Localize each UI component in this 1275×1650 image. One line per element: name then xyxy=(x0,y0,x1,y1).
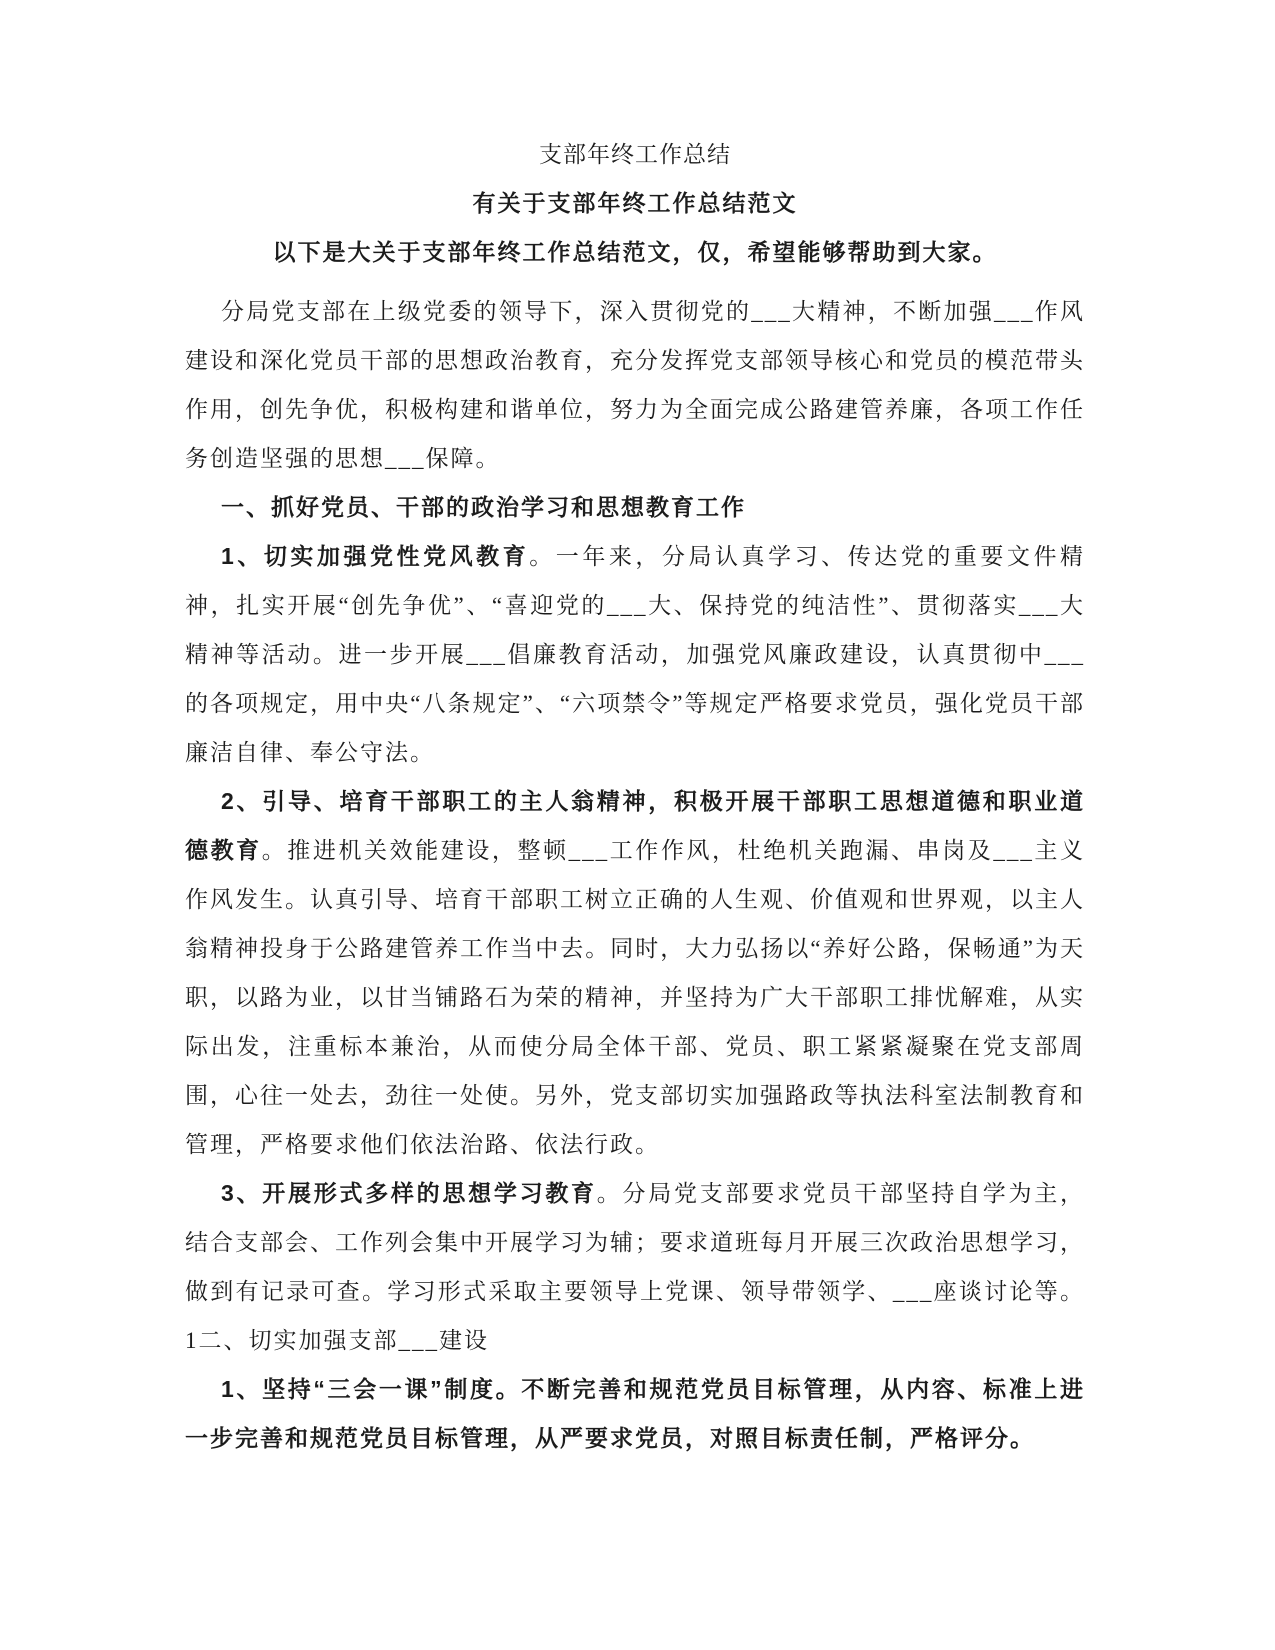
paragraph: 1、坚持“三会一课”制度。不断完善和规范党员目标管理，从内容、标准上进一步完善和… xyxy=(185,1365,1085,1463)
text-run: 。分局党支部要求党员干部坚持自学为主，结合支部会、工作列会集中开展学习为辅；要求… xyxy=(185,1181,1085,1353)
text-run: 。一年来，分局认真学习、传达党的重要文件精神，扎实开展“创先争优”、“喜迎党的_… xyxy=(185,544,1085,765)
document-title: 支部年终工作总结 xyxy=(185,130,1085,179)
paragraph: 3、开展形式多样的思想学习教育。分局党支部要求党员干部坚持自学为主，结合支部会、… xyxy=(185,1169,1085,1365)
paragraph: 一、抓好党员、干部的政治学习和思想教育工作 xyxy=(185,483,1085,532)
document-page: 支部年终工作总结 有关于支部年终工作总结范文 以下是大关于支部年终工作总结范文，… xyxy=(0,0,1275,1650)
document-subtitle: 有关于支部年终工作总结范文 xyxy=(185,179,1085,228)
bold-text-run: 1、切实加强党性党风教育 xyxy=(221,543,529,569)
paragraph: 分局党支部在上级党委的领导下，深入贯彻党的___大精神，不断加强___作风建设和… xyxy=(185,287,1085,483)
paragraph: 2、引导、培育干部职工的主人翁精神，积极开展干部职工思想道德和职业道德教育。推进… xyxy=(185,777,1085,1169)
paragraph: 1、切实加强党性党风教育。一年来，分局认真学习、传达党的重要文件精神，扎实开展“… xyxy=(185,532,1085,777)
text-run: 。推进机关效能建设，整顿___工作作风，杜绝机关跑漏、串岗及___主义作风发生。… xyxy=(185,838,1085,1157)
bold-text-run: 1、坚持“三会一课”制度。不断完善和规范党员目标管理，从内容、标准上进一步完善和… xyxy=(185,1376,1085,1451)
bold-text-run: 3、开展形式多样的思想学习教育 xyxy=(221,1180,597,1206)
document-content: 支部年终工作总结 有关于支部年终工作总结范文 以下是大关于支部年终工作总结范文，… xyxy=(185,130,1085,1463)
document-body: 分局党支部在上级党委的领导下，深入贯彻党的___大精神，不断加强___作风建设和… xyxy=(185,287,1085,1463)
document-intro: 以下是大关于支部年终工作总结范文，仅，希望能够帮助到大家。 xyxy=(185,228,1085,277)
bold-text-run: 一、抓好党员、干部的政治学习和思想教育工作 xyxy=(221,494,746,520)
text-run: 分局党支部在上级党委的领导下，深入贯彻党的___大精神，不断加强___作风建设和… xyxy=(185,299,1085,471)
